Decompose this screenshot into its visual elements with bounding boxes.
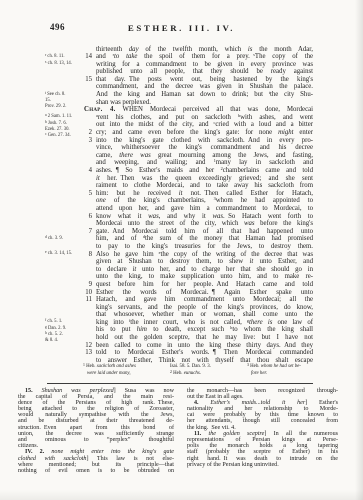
verse-number: 10 <box>70 289 92 297</box>
verse-text: Also he gave him ethe copy of the writin… <box>96 251 313 259</box>
footnote-line: 3 Heb. whom he had set be- <box>247 364 301 371</box>
verse-line: 11Hatach, and gave him commandment unto … <box>0 296 363 304</box>
page-header: 496 ESTHER. III. IV. <box>0 0 363 40</box>
verse-line: king's servants, and the people of the k… <box>0 304 363 312</box>
verse-line: 12been called to come in unto the king t… <box>0 342 363 350</box>
commentary-line: 15. Shushan was perplexed] Susa was now <box>18 388 174 394</box>
verse-number: 14 <box>70 53 92 61</box>
verse-text: unto the king, to make supplication unto… <box>96 273 313 281</box>
commentary-line: privacy of the Persian king uninvited. <box>187 462 338 468</box>
verse-number: 6 <box>70 213 92 221</box>
verse-text: given at Shushan to destroy them, to she… <box>96 258 313 266</box>
verse-text: into the king's gate clothed with sackcl… <box>96 137 313 145</box>
commentary-line: staff (probably the sceptre of Esther) i… <box>187 449 338 455</box>
verse-number: 7 <box>70 228 92 236</box>
verse-text: it her. Then was the queen exceedingly g… <box>96 175 313 183</box>
commentary-line: nothing of evil omen is to be obtruded o… <box>18 468 174 474</box>
divider-rule <box>47 383 313 384</box>
verse-line: thirteenth day of the twelfth month, whi… <box>0 46 363 54</box>
footnote-column: Isai. 58. 5. Dan. 9. 3.2 Heb. eunuchs. <box>170 364 211 378</box>
verse-line: unto the king, to make supplication unto… <box>0 273 363 281</box>
verse-text: quest before him for her people. And Hat… <box>96 281 313 289</box>
verse-text: cry; and came even before the king's gat… <box>96 129 313 137</box>
verse-text: commandment, and the decree was given in… <box>96 83 313 91</box>
verse-text: writing for a commandment to be given in… <box>96 61 313 69</box>
commentary-line: her attendants, though still concealed f… <box>187 418 338 424</box>
verse-text: shan was perplexed. <box>96 99 313 107</box>
verse-text: raiment to clothe Mordecai, and to take … <box>96 182 313 190</box>
verse-line: attend upon her, and gave him a commandm… <box>0 205 363 213</box>
commentary-line: right hand. It was death to intrude on t… <box>187 456 338 462</box>
margin-note: d ch. 3. 9. <box>45 236 95 242</box>
verse-text: and rto take the spoil of them for a pre… <box>96 53 313 61</box>
verse-text: hold out the golden sceptre, that he may… <box>96 334 313 342</box>
footnote-line: Isai. 58. 5. Dan. 9. 3. <box>170 364 211 371</box>
verse-text: out into the midst of the city, and ccri… <box>96 121 313 129</box>
commentary-line: and ominous to “perplex” thoughtful <box>18 437 174 443</box>
commentary-line: the capital of Persia, and the main resi… <box>18 394 174 400</box>
verse-number: 15 <box>70 76 92 84</box>
commentary-line: and be disturbed at their threatened de- <box>18 418 174 424</box>
verse-line: 4ashes. ¶ So Esther's maids and her 2cha… <box>0 167 363 175</box>
verse-line: shan was perplexed. <box>0 99 363 107</box>
verse-text: ashes. ¶ So Esther's maids and her 2cham… <box>96 167 313 175</box>
verse-line: 9quest before him for her people. And Ha… <box>0 281 363 289</box>
verse-line: d ch. 3. 9.him, and of dthe sum of the m… <box>0 235 363 243</box>
verse-number: 8 <box>70 251 92 259</box>
verse-line: 6know what it was, and why it was. So Ha… <box>0 213 363 221</box>
commentary-line: struction. Even apart from this bond of <box>18 425 174 431</box>
verse-text: told to Mordecai Esther's words. ¶ Then … <box>96 349 313 357</box>
verse-line: to pay to the king's treasuries for the … <box>0 243 363 251</box>
margin-note: s ch. 8. 13, 14. <box>45 61 95 67</box>
verse-line: t See ch. 8.15.Prov. 29. 2.And the king … <box>0 91 363 99</box>
footnote-line: fore her. <box>247 371 301 378</box>
commentary-column-right: the monarch—has been recognized through-… <box>187 388 338 468</box>
verse-line: 2cry; and came even before the king's ga… <box>0 129 363 137</box>
verse-line: out into the midst of the city, and ccri… <box>0 121 363 129</box>
verse-text: his to put him to death, except such hto… <box>96 326 313 334</box>
verse-line: published unto all people, that they sho… <box>0 68 363 76</box>
verse-line: to declare it unto her, and to charge he… <box>0 266 363 274</box>
commentary-line: clothed with sackcloth] This law is not … <box>18 456 174 462</box>
scripture-block: thirteenth day of the twelfth month, whi… <box>0 46 363 365</box>
verse-line: it her. Then was the queen exceedingly g… <box>0 175 363 183</box>
verse-number: 4 <box>70 167 92 175</box>
verse-line: 3into the king's gate clothed with sackc… <box>0 137 363 145</box>
verse-number: 3 <box>70 137 92 145</box>
verse-text: Esther the words of Mordecai. ¶ Again Es… <box>96 289 313 297</box>
verse-line: 13told to Mordecai Esther's words. ¶ The… <box>0 349 363 357</box>
verse-line: 15that day. The posts went out, being ha… <box>0 76 363 84</box>
footnote-column: 3 Heb. whom he had set be-fore her. <box>247 364 301 378</box>
verse-line: vince, whithersoever the king's commandm… <box>0 144 363 152</box>
footnote-line: 1 Heb. sackcloth and ashes <box>83 364 136 371</box>
verse-line: Mordecai unto the street of the city, wh… <box>0 220 363 228</box>
verse-text: Hatach, and gave him commandment unto Mo… <box>96 296 313 304</box>
verse-number: 9 <box>70 281 92 289</box>
verse-text: And the king and Haman sat down to drink… <box>96 91 313 99</box>
verse-line: s ch. 8. 13, 14.writing for a commandmen… <box>0 61 363 69</box>
scanned-book-page: { "header": { "page_number": "496", "tit… <box>0 0 363 500</box>
verse-text: vince, whithersoever the king's commandm… <box>96 144 313 152</box>
verse-text: know what it was, and why it was. So Hat… <box>96 213 313 221</box>
verse-text: to declare it unto her, and to charge he… <box>96 266 313 274</box>
verse-text: Mordecai unto the street of the city, wh… <box>96 220 313 228</box>
verse-text: and weeping, and wailing; and 1many lay … <box>96 159 313 167</box>
verse-text: published unto all people, that they sho… <box>96 68 313 76</box>
verse-text: Chap. 4. WHEN Mordecai perceived all tha… <box>84 106 313 114</box>
verse-line: given at Shushan to destroy them, to she… <box>0 258 363 266</box>
verse-line: Chap. 4. WHEN Mordecai perceived all tha… <box>0 106 363 114</box>
verse-line: raiment to clothe Mordecai, and to take … <box>0 182 363 190</box>
verse-number: 2 <box>70 129 92 137</box>
footnote-line: 2 Heb. eunuchs. <box>170 371 211 378</box>
commentary-line: the monarch—has been recognized through- <box>187 388 338 394</box>
verse-line: his to put him to death, except such hto… <box>0 326 363 334</box>
verse-number: 13 <box>70 349 92 357</box>
verse-line: that whosoever, whether man or woman, sh… <box>0 311 363 319</box>
verse-text: that day. The posts went out, being hast… <box>96 76 313 84</box>
commentary-column-left: 15. Shushan was perplexed] Susa was nowt… <box>18 388 174 475</box>
footnote-column: 1 Heb. sackcloth and asheswere laid unde… <box>83 364 136 378</box>
verse-text: king's servants, and the people of the k… <box>96 304 313 312</box>
verse-text: attend upon her, and gave him a commandm… <box>96 205 313 213</box>
verse-number: 12 <box>70 342 92 350</box>
verse-line: one of the king's chamberlains, 3whom he… <box>0 197 363 205</box>
verse-text: thirteenth day of the twelfth month, whi… <box>96 46 313 54</box>
verse-line: 10Esther the words of Mordecai. ¶ Again … <box>0 289 363 297</box>
verse-text: him, and of dthe sum of the money that H… <box>96 235 313 243</box>
running-title: ESTHER. III. IV. <box>0 23 363 33</box>
verse-text: to pay to the king's treasuries for the … <box>96 243 313 251</box>
verse-line: r ch. 8. 11.14and rto take the spoil of … <box>0 53 363 61</box>
verse-line: e ch. 3. 14, 15.8Also he gave him ethe c… <box>0 251 363 259</box>
margin-note-line: d ch. 3. 9. <box>45 236 95 242</box>
verse-text: been called to come in unto the king the… <box>96 342 313 350</box>
margin-note-line: s ch. 8. 13, 14. <box>45 61 95 67</box>
verse-line: commandment, and the decree was given in… <box>0 83 363 91</box>
footnote-line: were laid under many, <box>83 371 136 378</box>
verse-line: hold out the golden sceptre, that he may… <box>0 334 363 342</box>
verse-text: one of the king's chamberlains, 3whom he… <box>96 197 313 205</box>
verse-number: 5 <box>70 190 92 198</box>
verse-line: and weeping, and wailing; and 1many lay … <box>0 159 363 167</box>
verse-number: 11 <box>70 296 92 304</box>
